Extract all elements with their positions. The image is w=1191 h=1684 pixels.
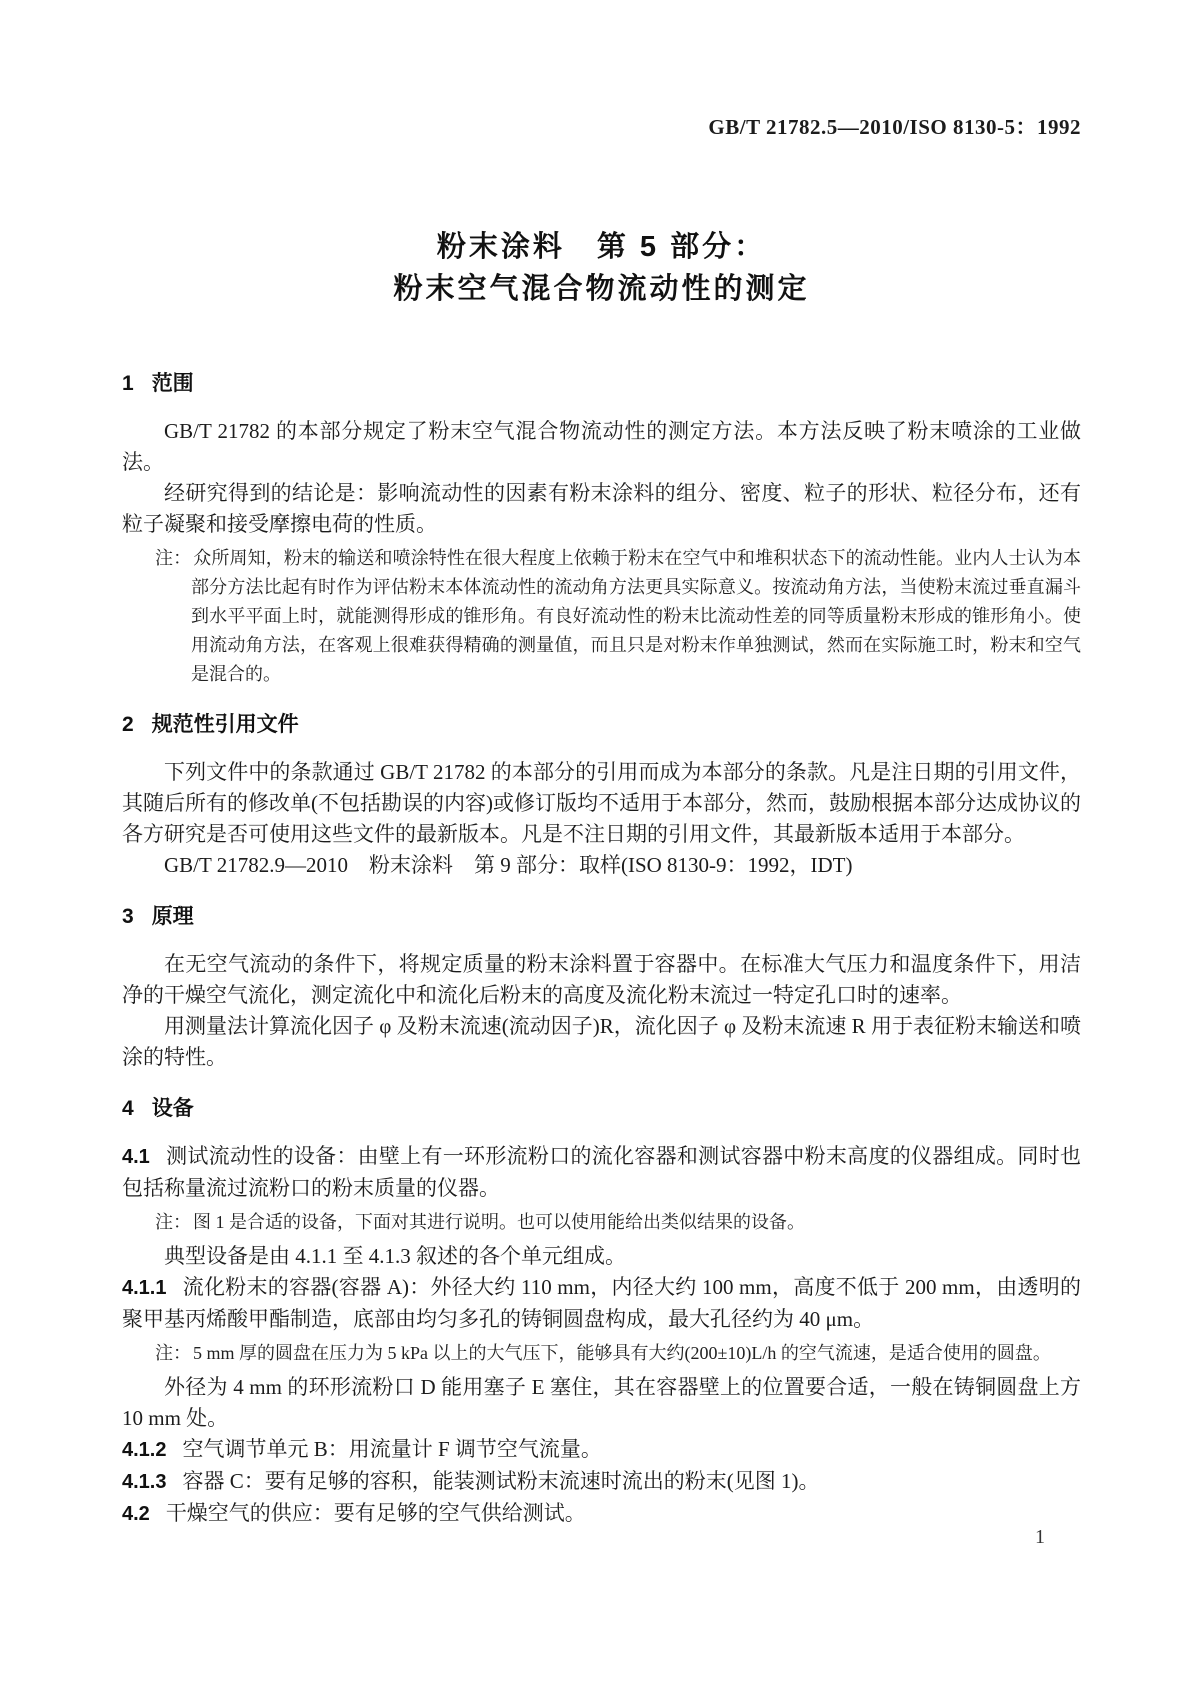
clause-text: 干燥空气的供应：要有足够的空气供给测试。 [166,1501,586,1525]
title-block: 粉末涂料 第 5 部分： 粉末空气混合物流动性的测定 [122,226,1081,310]
doc-title-line-1: 粉末涂料 第 5 部分： [122,226,1081,268]
clause-4-1-2: 4.1.2空气调节单元 B：用流量计 F 调节空气流量。 [122,1434,1081,1466]
clause-number: 4.1 [122,1146,166,1168]
paragraph: 下列文件中的条款通过 GB/T 21782 的本部分的引用而成为本部分的条款。凡… [122,757,1081,850]
document-page: GB/T 21782.5—2010/ISO 8130-5：1992 粉末涂料 第… [122,0,1081,1530]
note: 注：5 mm 厚的圆盘在压力为 5 kPa 以上的大气压下，能够具有大约(200… [122,1339,1081,1368]
paragraph: 用测量法计算流化因子 φ 及粉末流速(流动因子)R，流化因子 φ 及粉末流速 R… [122,1011,1081,1073]
section-apparatus: 4设备 4.1测试流动性的设备：由壁上有一环形流粉口的流化容器和测试容器中粉末高… [122,1097,1081,1530]
standard-code-header: GB/T 21782.5—2010/ISO 8130-5：1992 [122,0,1081,138]
section-scope: 1范围 GB/T 21782 的本部分规定了粉末空气混合物流动性的测定方法。本方… [122,372,1081,689]
clause-number: 4.2 [122,1503,166,1525]
reference-entry: GB/T 21782.9—2010 粉末涂料 第 9 部分：取样(ISO 813… [122,850,1081,881]
note-text: 图 1 是合适的设备，下面对其进行说明。也可以使用能给出类似结果的设备。 [193,1212,805,1232]
section-heading: 2规范性引用文件 [122,713,1081,737]
section-title: 范围 [152,372,194,395]
paragraph: 在无空气流动的条件下，将规定质量的粉末涂料置于容器中。在标准大气压力和温度条件下… [122,949,1081,1011]
section-heading: 3原理 [122,905,1081,929]
clause-number: 4.1.1 [122,1277,182,1299]
clause-text: 流化粉末的容器(容器 A)：外径大约 110 mm，内径大约 100 mm，高度… [122,1275,1081,1331]
section-title: 规范性引用文件 [152,713,299,736]
note: 注：众所周知，粉末的输送和喷涂特性在很大程度上依赖于粉末在空气中和堆积状态下的流… [122,544,1081,689]
clause-4-1: 4.1测试流动性的设备：由壁上有一环形流粉口的流化容器和测试容器中粉末高度的仪器… [122,1141,1081,1204]
note-label: 注： [155,1343,193,1363]
section-number: 2 [122,713,152,736]
clause-text: 测试流动性的设备：由壁上有一环形流粉口的流化容器和测试容器中粉末高度的仪器组成。… [122,1144,1081,1200]
note-text: 众所周知，粉末的输送和喷涂特性在很大程度上依赖于粉末在空气中和堆积状态下的流动性… [191,548,1081,684]
section-number: 3 [122,905,152,928]
section-title: 原理 [152,905,194,928]
section-principle: 3原理 在无空气流动的条件下，将规定质量的粉末涂料置于容器中。在标准大气压力和温… [122,905,1081,1073]
paragraph: GB/T 21782 的本部分规定了粉末空气混合物流动性的测定方法。本方法反映了… [122,416,1081,478]
section-number: 4 [122,1097,152,1120]
clause-4-1-3: 4.1.3容器 C：要有足够的容积，能装测试粉末流速时流出的粉末(见图 1)。 [122,1466,1081,1498]
section-title: 设备 [152,1097,194,1120]
section-heading: 4设备 [122,1097,1081,1121]
clause-4-2: 4.2干燥空气的供应：要有足够的空气供给测试。 [122,1498,1081,1530]
note: 注：图 1 是合适的设备，下面对其进行说明。也可以使用能给出类似结果的设备。 [122,1208,1081,1237]
section-heading: 1范围 [122,372,1081,396]
clause-4-1-1: 4.1.1流化粉末的容器(容器 A)：外径大约 110 mm，内径大约 100 … [122,1272,1081,1335]
paragraph: 典型设备是由 4.1.1 至 4.1.3 叙述的各个单元组成。 [122,1241,1081,1272]
clause-number: 4.1.2 [122,1439,182,1461]
note-label: 注： [155,1212,193,1232]
section-number: 1 [122,372,152,395]
paragraph: 外径为 4 mm 的环形流粉口 D 能用塞子 E 塞住，其在容器壁上的位置要合适… [122,1372,1081,1434]
clause-text: 空气调节单元 B：用流量计 F 调节空气流量。 [182,1437,601,1461]
note-label: 注： [155,548,193,568]
clause-number: 4.1.3 [122,1471,182,1493]
note-text: 5 mm 厚的圆盘在压力为 5 kPa 以上的大气压下，能够具有大约(200±1… [193,1343,1051,1363]
page-number: 1 [1020,1526,1060,1549]
clause-text: 容器 C：要有足够的容积，能装测试粉末流速时流出的粉末(见图 1)。 [182,1469,819,1493]
doc-title-line-2: 粉末空气混合物流动性的测定 [122,268,1081,310]
section-normative-references: 2规范性引用文件 下列文件中的条款通过 GB/T 21782 的本部分的引用而成… [122,713,1081,881]
paragraph: 经研究得到的结论是：影响流动性的因素有粉末涂料的组分、密度、粒子的形状、粒径分布… [122,478,1081,540]
